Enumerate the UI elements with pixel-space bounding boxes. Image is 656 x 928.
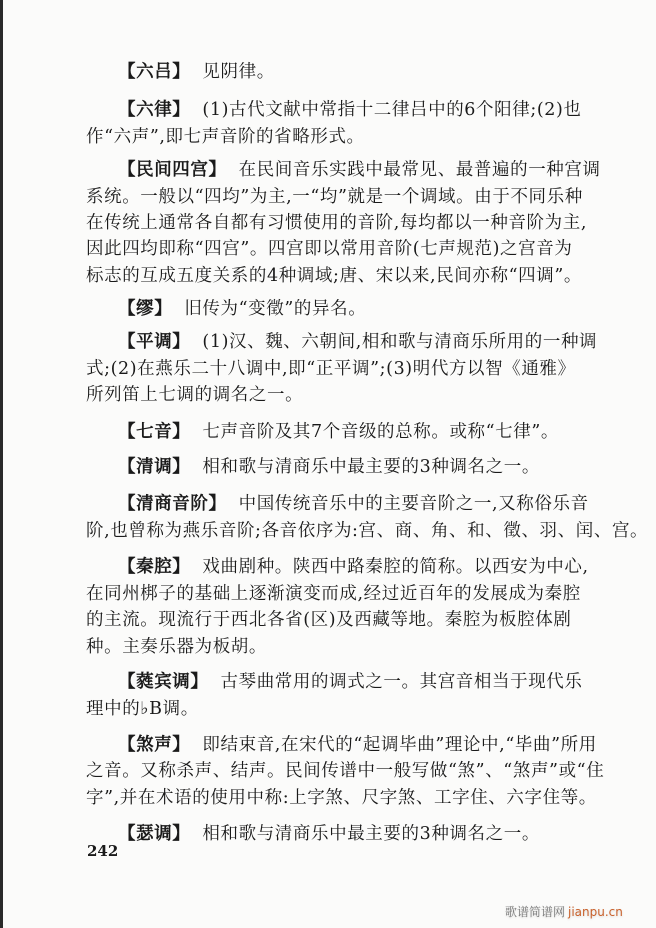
headword: 【瑟调】 (118, 824, 190, 844)
entry-qingshangyinjie-line-2: 阶,也曾称为燕乐音阶;各音依序为:宫、商、角、和、徵、羽、闰、宫。 (86, 520, 586, 542)
headword: 【六吕】 (118, 62, 190, 82)
entry-qingdiao-line-1: 【清调】相和歌与清商乐中最主要的3种调名之一。 (118, 456, 618, 478)
watermark: 歌谱简谱网jianpu.cn (505, 903, 623, 920)
entry-minjiansigong-line-5: 标志的互成五度关系的4种调域;唐、宋以来,民间亦称“四调”。 (86, 265, 586, 287)
headword: 【民间四宫】 (118, 160, 227, 180)
headword: 【秦腔】 (118, 557, 190, 577)
glossary-page: 【六吕】见阴律。 【六律】(1)古代文献中常指十二律吕中的6个阳律;(2)也 作… (0, 0, 656, 928)
entry-shasheng-line-3: 字”,并在术语的使用中称:上字煞、尺字煞、工字住、六字住等。 (86, 787, 586, 809)
entry-qiyin-line-1: 【七音】七声音阶及其7个音级的总称。或称“七律”。 (118, 421, 618, 443)
watermark-text: 歌谱简谱网 (505, 905, 565, 919)
entry-shasheng-line-1: 【煞声】即结束音,在宋代的“起调毕曲”理论中,“毕曲”所用 (118, 734, 618, 756)
entry-minjiansigong-line-3: 在传统上通常各自都有习惯使用的音阶,每均都以一种音阶为主, (86, 212, 586, 234)
headword: 【清商音阶】 (118, 494, 227, 514)
entry-liulu-line-2: 作“六声”,即七声音阶的省略形式。 (86, 126, 586, 148)
entry-liulv-line-1: 【六吕】见阴律。 (118, 61, 618, 83)
headword: 【缪】 (118, 299, 172, 319)
entry-minjiansigong-line-1: 【民间四宫】在民间音乐实践中最常见、最普遍的一种宫调 (118, 159, 618, 181)
entry-miao-line-1: 【缪】旧传为“变徵”的异名。 (118, 298, 618, 320)
entry-ruibindiao-line-2: 理中的♭B调。 (86, 698, 586, 720)
entry-pingdiao-line-2: 式;(2)在燕乐二十八调中,即“正平调”;(3)明代方以智《通雅》 (86, 358, 586, 380)
entry-qingshangyinjie-line-1: 【清商音阶】中国传统音乐中的主要音阶之一,又称俗乐音 (118, 493, 618, 515)
page-number: 242 (87, 842, 118, 860)
headword: 【平调】 (118, 332, 190, 352)
headword: 【七音】 (118, 422, 190, 442)
entry-pingdiao-line-1: 【平调】(1)汉、魏、六朝间,相和歌与清商乐所用的一种调 (118, 331, 618, 353)
headword: 【煞声】 (118, 735, 190, 755)
headword: 【清调】 (118, 457, 190, 477)
entry-sediao-line-1: 【瑟调】相和歌与清商乐中最主要的3种调名之一。 (118, 823, 618, 845)
entry-qinqiang-line-1: 【秦腔】戏曲剧种。陕西中路秦腔的简称。以西安为中心, (118, 556, 618, 578)
headword: 【蕤宾调】 (118, 672, 209, 692)
entry-shasheng-line-2: 之音。又称杀声、结声。民间传谱中一般写做“煞”、“煞声”或“住 (86, 760, 586, 782)
entry-pingdiao-line-3: 所列笛上七调的调名之一。 (86, 384, 586, 406)
entry-minjiansigong-line-2: 系统。一般以“四均”为主,一“均”就是一个调域。由于不同乐种 (86, 186, 586, 208)
headword: 【六律】 (118, 100, 190, 120)
entry-qinqiang-line-3: 的主流。现流行于西北各省(区)及西藏等地。秦腔为板腔体剧 (86, 609, 586, 631)
entry-liulu-line-1: 【六律】(1)古代文献中常指十二律吕中的6个阳律;(2)也 (118, 99, 618, 121)
entry-qinqiang-line-4: 种。主奏乐器为板胡。 (86, 636, 586, 658)
entry-minjiansigong-line-4: 因此四均即称“四宫”。四宫即以常用音阶(七声规范)之宫音为 (86, 238, 586, 260)
entry-ruibindiao-line-1: 【蕤宾调】古琴曲常用的调式之一。其宫音相当于现代乐 (118, 671, 618, 693)
entry-qinqiang-line-2: 在同州梆子的基础上逐渐演变而成,经过近百年的发展成为秦腔 (86, 583, 586, 605)
watermark-site: jianpu.cn (568, 905, 623, 919)
